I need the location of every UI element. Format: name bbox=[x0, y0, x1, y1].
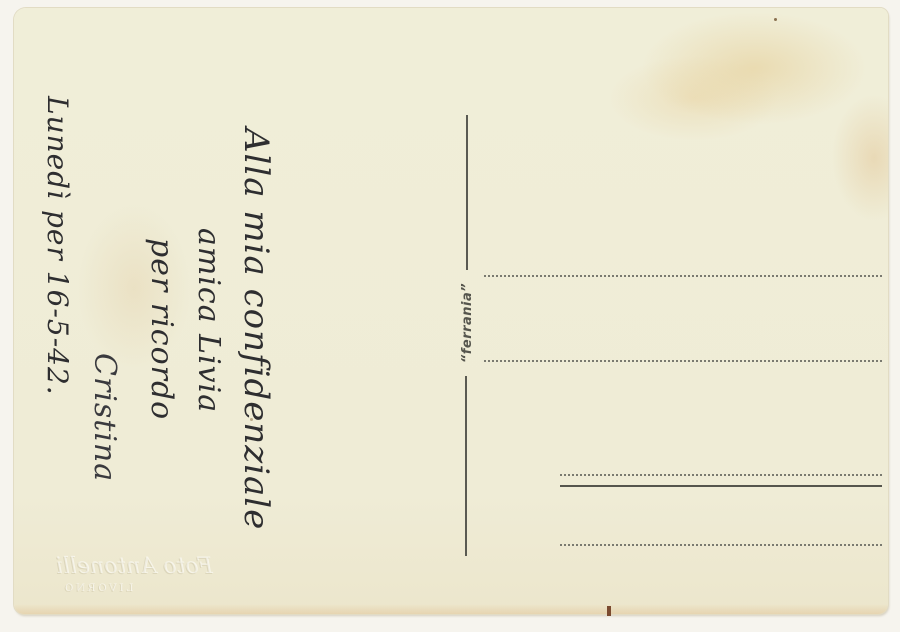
emboss-name: Foto Antonelli bbox=[56, 554, 213, 579]
handwritten-date: Lunedì per 16-5-42. bbox=[41, 96, 74, 396]
handwritten-line-3: per ricordo bbox=[144, 238, 179, 420]
paper-speck bbox=[774, 18, 777, 21]
edge-tear bbox=[607, 606, 611, 616]
brand-mark-ferrania: “ferrania” bbox=[458, 273, 478, 373]
address-line-4 bbox=[560, 544, 882, 546]
address-line-3 bbox=[560, 474, 882, 476]
address-underline bbox=[560, 485, 882, 487]
handwritten-line-2: amica Livia bbox=[191, 228, 226, 413]
embossed-photographer-stamp: Foto Antonelli LIVORNO bbox=[56, 556, 213, 600]
center-divider-bottom bbox=[465, 376, 467, 556]
center-divider-top bbox=[466, 115, 468, 270]
emboss-city: LIVORNO bbox=[56, 578, 213, 600]
address-line-2 bbox=[484, 360, 882, 362]
handwritten-signature: Cristina bbox=[87, 353, 122, 482]
address-line-1 bbox=[484, 275, 882, 277]
handwritten-line-1: Alla mia confidenziale bbox=[236, 128, 276, 530]
paper-speck bbox=[250, 418, 253, 421]
postcard-back: Lunedì per 16-5-42. Alla mia confidenzia… bbox=[14, 8, 888, 614]
